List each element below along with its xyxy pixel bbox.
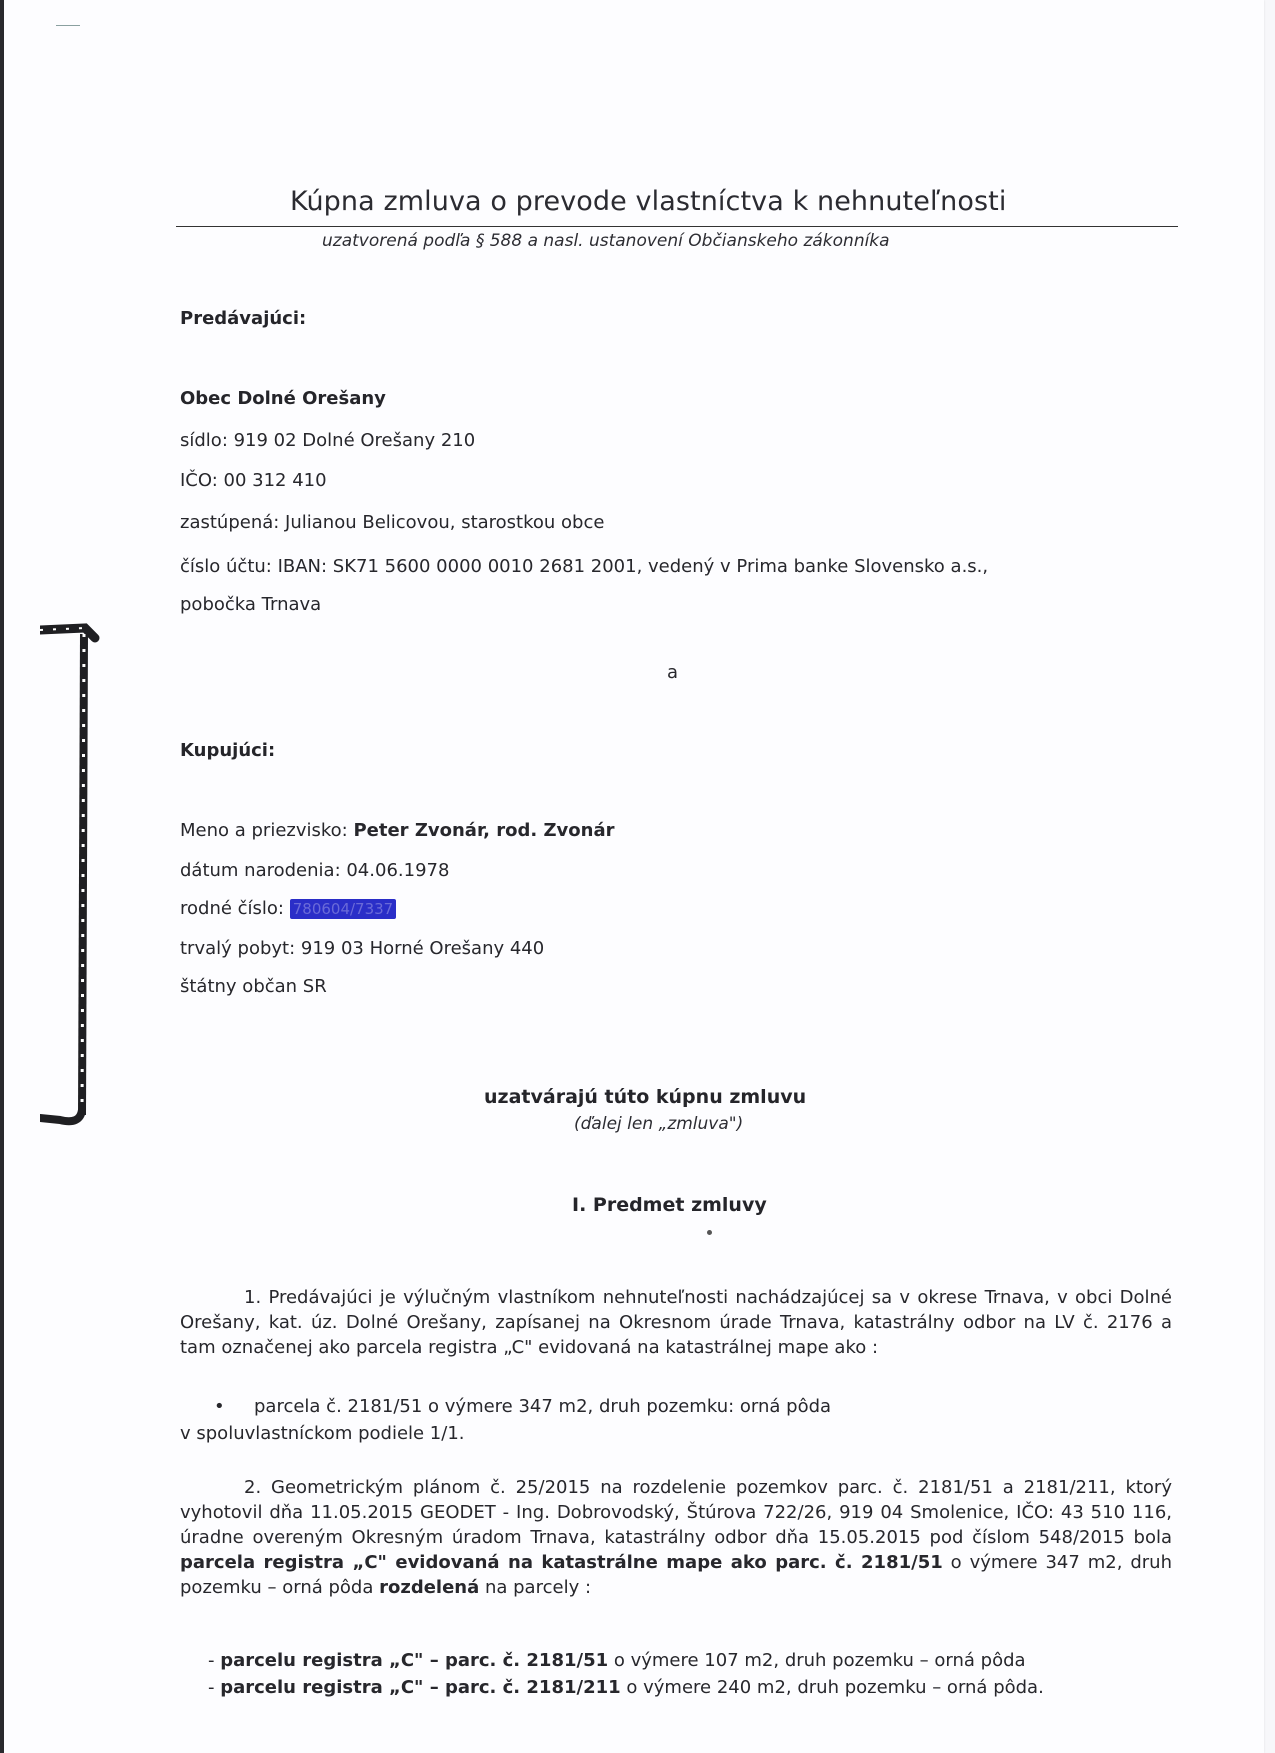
text-segment: o výmere 107 m2, druh pozemku – orná pôd… [608, 1650, 1025, 1671]
seller-account-branch: pobočka Trnava [180, 594, 321, 615]
scan-corner-mark [56, 25, 80, 26]
redacted-birth-number: 780604/7337 [290, 899, 397, 919]
seller-account: číslo účtu: IBAN: SK71 5600 0000 0010 26… [180, 556, 1172, 577]
text-segment: na parcely : [479, 1577, 591, 1598]
bold-text-segment: parcela registra „C" evidovaná na katast… [180, 1552, 943, 1573]
buyer-name-line: Meno a priezvisko: Peter Zvonár, rod. Zv… [180, 820, 615, 841]
parcel-bullet-item: •parcela č. 2181/51 o výmere 347 m2, dru… [214, 1396, 831, 1417]
parcel-split-item: - parcelu registra „C" – parc. č. 2181/5… [208, 1650, 1026, 1671]
section-paragraph-1: 1. Predávajúci je výlučným vlastníkom ne… [180, 1285, 1172, 1360]
bold-text-segment: parcelu registra „C" – parc. č. 2181/211 [220, 1677, 620, 1698]
document-subtitle: uzatvorená podľa § 588 a nasl. ustanoven… [322, 231, 890, 251]
text-segment: 2. Geometrickým plánom č. 25/2015 na roz… [180, 1477, 1172, 1548]
buyer-heading: Kupujúci: [180, 740, 275, 761]
conjunction: a [667, 662, 678, 683]
seller-name: Obec Dolné Orešany [180, 388, 386, 409]
seller-heading: Predávajúci: [180, 308, 306, 329]
buyer-birth-number-label: rodné číslo: [180, 898, 290, 919]
buyer-name-label: Meno a priezvisko: [180, 820, 353, 841]
bold-text-segment: parcelu registra „C" – parc. č. 2181/51 [220, 1650, 608, 1671]
text-segment: - [208, 1650, 220, 1671]
parcel-split-item: - parcelu registra „C" – parc. č. 2181/2… [208, 1677, 1044, 1698]
buyer-citizenship: štátny občan SR [180, 976, 327, 997]
title-divider [176, 226, 1178, 227]
text-segment: - [208, 1677, 220, 1698]
bullet-icon: • [214, 1396, 254, 1417]
binding-cord-icon [40, 620, 110, 1130]
buyer-birth-date: dátum narodenia: 04.06.1978 [180, 860, 449, 881]
bold-text-segment: rozdelená [379, 1577, 479, 1598]
text-segment: o výmere 240 m2, druh pozemku – orná pôd… [621, 1677, 1044, 1698]
scan-speck [707, 1230, 712, 1235]
section-paragraph-2: 2. Geometrickým plánom č. 25/2015 na roz… [180, 1475, 1172, 1600]
ownership-share: v spoluvlastníckom podiele 1/1. [180, 1423, 465, 1444]
closing-note: (ďalej len „zmluva") [574, 1114, 743, 1134]
section-heading: I. Predmet zmluvy [572, 1194, 767, 1216]
seller-represented: zastúpená: Julianou Belicovou, starostko… [180, 512, 604, 533]
parcel-bullet-text: parcela č. 2181/51 o výmere 347 m2, druh… [254, 1396, 831, 1417]
paragraph-1-text: 1. Predávajúci je výlučným vlastníkom ne… [180, 1287, 1172, 1358]
seller-ico: IČO: 00 312 410 [180, 470, 327, 491]
closing-heading: uzatvárajú túto kúpnu zmluvu [484, 1086, 806, 1108]
seller-seat: sídlo: 919 02 Dolné Orešany 210 [180, 430, 475, 451]
buyer-residence: trvalý pobyt: 919 03 Horné Orešany 440 [180, 938, 544, 959]
buyer-birth-number-line: rodné číslo: 780604/7337 [180, 898, 396, 919]
buyer-name-value: Peter Zvonár, rod. Zvonár [353, 820, 614, 841]
document-title: Kúpna zmluva o prevode vlastníctva k neh… [290, 186, 1006, 217]
